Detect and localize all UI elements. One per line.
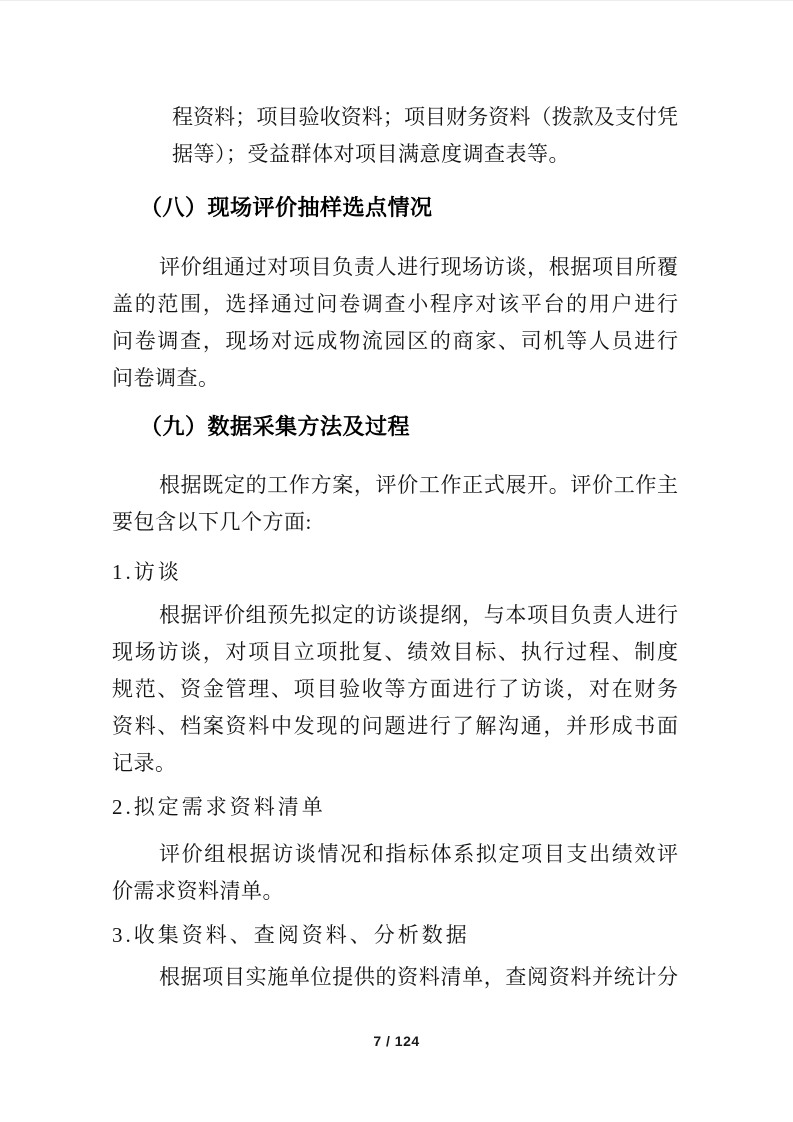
body-paragraph: 根据项目实施单位提供的资料清单，查阅资料并统计分 xyxy=(112,959,678,996)
text-line: 问卷调查。 xyxy=(112,360,678,397)
page-number: 7 / 124 xyxy=(0,1033,793,1049)
text-line: 据等）；受益群体对项目满意度调查表等。 xyxy=(172,136,678,173)
section-heading-9: （九）数据采集方法及过程 xyxy=(140,407,678,447)
continuation-paragraph: 程资料；项目验收资料；项目财务资料（拨款及支付凭 据等）；受益群体对项目满意度调… xyxy=(172,99,678,173)
body-paragraph: 根据既定的工作方案，评价工作正式展开。评价工作主 要包含以下几个方面: xyxy=(112,467,678,541)
numbered-subheading-2: 2.拟定需求资料清单 xyxy=(112,789,678,826)
body-paragraph: 根据评价组预先拟定的访谈提纲，与本项目负责人进行 现场访谈，对项目立项批复、绩效… xyxy=(112,597,678,782)
text-line: 评价组通过对项目负责人进行现场访谈，根据项目所覆 xyxy=(112,249,678,286)
text-line: 价需求资料清单。 xyxy=(112,873,678,910)
text-line: 根据既定的工作方案，评价工作正式展开。评价工作主 xyxy=(112,467,678,504)
text-line: 规范、资金管理、项目验收等方面进行了访谈，对在财务 xyxy=(112,671,678,708)
body-paragraph: 评价组通过对项目负责人进行现场访谈，根据项目所覆 盖的范围，选择通过问卷调查小程… xyxy=(112,249,678,397)
document-content: 程资料；项目验收资料；项目财务资料（拨款及支付凭 据等）；受益群体对项目满意度调… xyxy=(112,99,678,996)
document-page: 程资料；项目验收资料；项目财务资料（拨款及支付凭 据等）；受益群体对项目满意度调… xyxy=(0,0,793,1122)
section-heading-8: （八）现场评价抽样选点情况 xyxy=(140,188,678,228)
text-line: 评价组根据访谈情况和指标体系拟定项目支出绩效评 xyxy=(112,836,678,873)
text-line: 盖的范围，选择通过问卷调查小程序对该平台的用户进行 xyxy=(112,286,678,323)
text-line: 要包含以下几个方面: xyxy=(112,504,678,541)
numbered-subheading-1: 1.访谈 xyxy=(112,554,678,591)
text-line: 资料、档案资料中发现的问题进行了解沟通，并形成书面 xyxy=(112,708,678,745)
text-line: 根据评价组预先拟定的访谈提纲，与本项目负责人进行 xyxy=(112,597,678,634)
text-line: 根据项目实施单位提供的资料清单，查阅资料并统计分 xyxy=(112,959,678,996)
numbered-subheading-3: 3.收集资料、查阅资料、分析数据 xyxy=(112,917,678,954)
text-line: 程资料；项目验收资料；项目财务资料（拨款及支付凭 xyxy=(172,99,678,136)
text-line: 记录。 xyxy=(112,745,678,782)
body-paragraph: 评价组根据访谈情况和指标体系拟定项目支出绩效评 价需求资料清单。 xyxy=(112,836,678,910)
text-line: 问卷调查，现场对远成物流园区的商家、司机等人员进行 xyxy=(112,323,678,360)
text-line: 现场访谈，对项目立项批复、绩效目标、执行过程、制度 xyxy=(112,634,678,671)
